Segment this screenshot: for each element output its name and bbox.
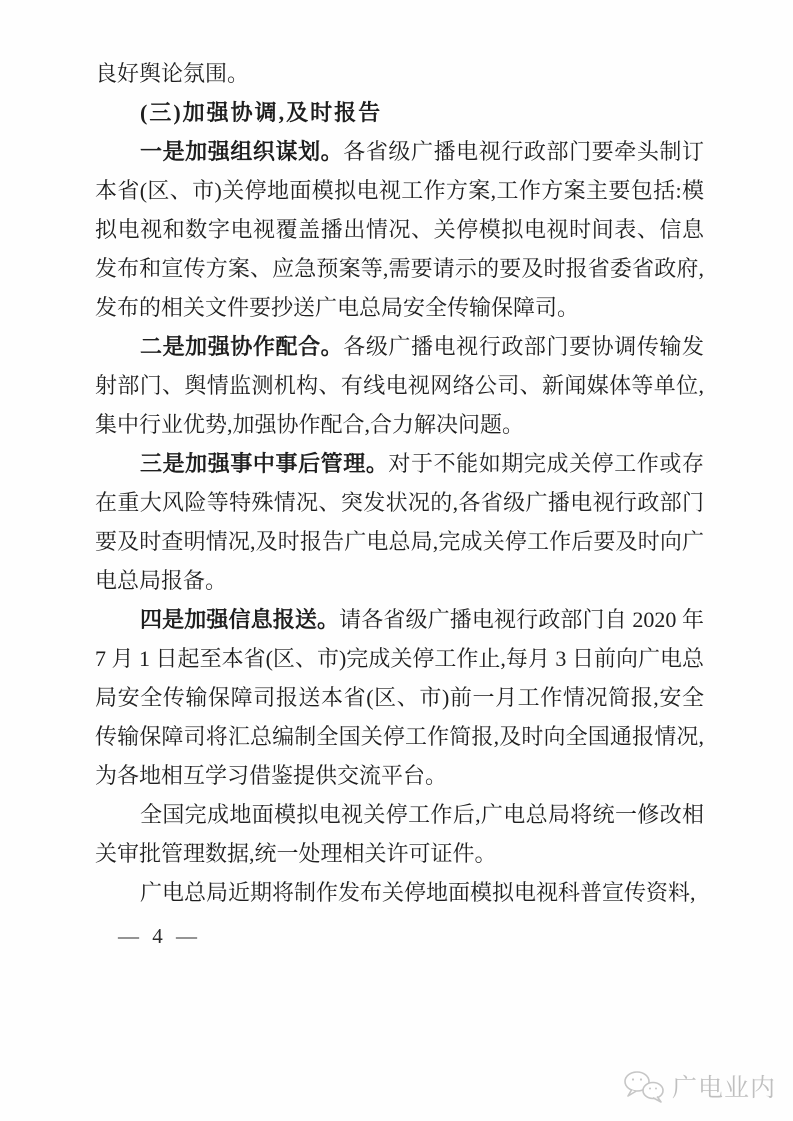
page-number: — 4 — xyxy=(118,924,201,949)
paragraph-lead: 二是加强协作配合。 xyxy=(140,334,343,359)
body-paragraph: 广电总局近期将制作发布关停地面模拟电视科普宣传资料, xyxy=(95,873,704,912)
paragraph-lead: 四是加强信息报送。 xyxy=(140,607,339,632)
publisher-watermark: 广电业内 xyxy=(623,1068,776,1104)
body-paragraph: 四是加强信息报送。请各省级广播电视行政部门自 2020 年 7 月 1 日起至本… xyxy=(95,600,704,795)
paragraph-text: 全国完成地面模拟电视关停工作后,广电总局将统一修改相关审批管理数据,统一处理相关… xyxy=(95,802,704,866)
paragraph-text: 请各省级广播电视行政部门自 2020 年 7 月 1 日起至本省(区、市)完成关… xyxy=(95,607,704,788)
wechat-icon xyxy=(623,1069,665,1104)
section-heading: (三)加强协调,及时报告 xyxy=(95,93,704,132)
body-paragraph: 二是加强协作配合。各级广播电视行政部门要协调传输发射部门、舆情监测机构、有线电视… xyxy=(95,327,704,444)
paragraph-lead: 三是加强事中事后管理。 xyxy=(140,451,388,476)
continuation-line: 良好舆论氛围。 xyxy=(95,54,704,93)
scanned-document-page: 良好舆论氛围。 (三)加强协调,及时报告 一是加强组织谋划。各省级广播电视行政部… xyxy=(0,0,793,1121)
body-paragraph: 三是加强事中事后管理。对于不能如期完成关停工作或存在重大风险等特殊情况、突发状况… xyxy=(95,444,704,600)
paragraph-text: 各省级广播电视行政部门要牵头制订本省(区、市)关停地面模拟电视工作方案,工作方案… xyxy=(95,139,704,320)
document-body: 良好舆论氛围。 (三)加强协调,及时报告 一是加强组织谋划。各省级广播电视行政部… xyxy=(95,54,704,912)
body-paragraph: 全国完成地面模拟电视关停工作后,广电总局将统一修改相关审批管理数据,统一处理相关… xyxy=(95,795,704,873)
paragraph-lead: 一是加强组织谋划。 xyxy=(140,139,343,164)
paragraph-text: 广电总局近期将制作发布关停地面模拟电视科普宣传资料, xyxy=(140,880,696,905)
body-paragraph: 一是加强组织谋划。各省级广播电视行政部门要牵头制订本省(区、市)关停地面模拟电视… xyxy=(95,132,704,327)
watermark-label: 广电业内 xyxy=(672,1068,776,1104)
